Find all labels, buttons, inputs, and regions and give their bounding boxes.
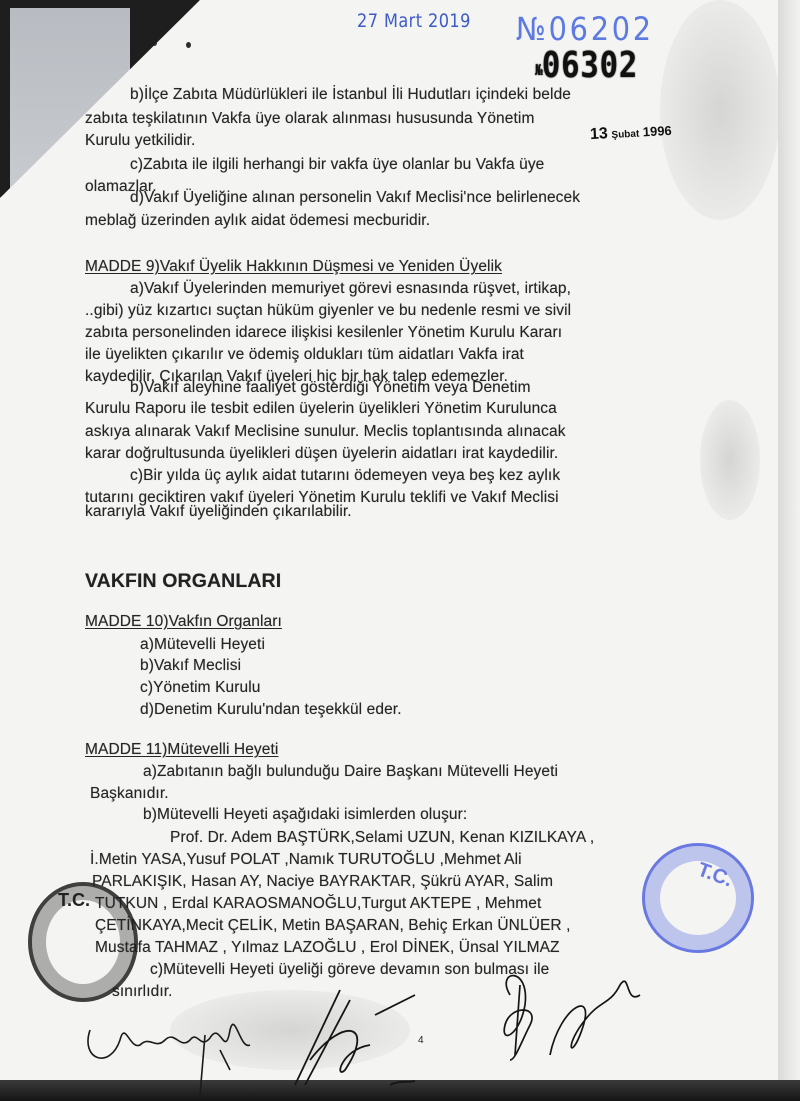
article9-heading: MADDE 9)Vakıf Üyelik Hakkının Düşmesi ve… bbox=[85, 258, 502, 276]
registry-number-stamp-black: №06302 bbox=[535, 45, 638, 86]
official-seal-black: T.C. bbox=[28, 882, 138, 1002]
article8-b-line2: zabıta teşkilatının Vakfa üye olarak alı… bbox=[85, 110, 534, 128]
article8-d-line1: d)Vakıf Üyeliğine alınan personelin Vakı… bbox=[130, 189, 580, 207]
article10-item-b: b)Vakıf Meclisi bbox=[140, 657, 241, 675]
article10-heading: MADDE 10)Vakfın Organları bbox=[85, 613, 282, 631]
received-date-stamp: 27 Mart 2019 bbox=[357, 10, 471, 32]
members-line-1: Prof. Dr. Adem BAŞTÜRK,Selami UZUN, Kena… bbox=[170, 829, 594, 847]
punch-dot bbox=[186, 42, 191, 48]
article9-c-line3: kararıyla Vakıf üyeliğinden çıkarılabili… bbox=[85, 503, 352, 521]
article9-a-line3: zabıta personelinden idarece ilişkisi ke… bbox=[85, 324, 562, 342]
article9-b-line4: karar doğrultusunda üyelikleri düşen üye… bbox=[85, 445, 558, 463]
article11-heading: MADDE 11)Mütevelli Heyeti bbox=[85, 741, 278, 759]
article11-a-line2: Başkanıdır. bbox=[90, 785, 169, 803]
article11-b-intro: b)Mütevelli Heyeti aşağıdaki isimlerden … bbox=[143, 806, 467, 824]
punch-dot bbox=[152, 40, 157, 46]
article10-item-c: c)Yönetim Kurulu bbox=[140, 679, 260, 697]
members-line-6: Mustafa TAHMAZ , Yılmaz LAZOĞLU , Erol D… bbox=[95, 939, 560, 957]
article9-b-line1: b)Vakıf aleyhine faaliyet gösterdiği Yön… bbox=[130, 379, 531, 397]
members-line-4: TUTKUN , Erdal KARAOSMANOĞLU,Turgut AKTE… bbox=[95, 895, 541, 913]
article8-b-line3: Kurulu yetkilidir. bbox=[85, 132, 195, 150]
article9-a-line1: a)Vakıf Üyelerinden memuriyet görevi esn… bbox=[130, 280, 571, 298]
registry-number-stamp-blue: №06202 bbox=[516, 10, 654, 48]
members-line-5: ÇETİNKAYA,Mecit ÇELİK, Metin BAŞARAN, Be… bbox=[95, 917, 571, 935]
page-number: 4 bbox=[418, 1035, 424, 1046]
article9-c-line1: c)Bir yılda üç aylık aidat tutarını ödem… bbox=[130, 467, 560, 485]
article10-item-a: a)Mütevelli Heyeti bbox=[140, 636, 265, 654]
article8-c-line1: c)Zabıta ile ilgili herhangi bir vakfa ü… bbox=[130, 156, 544, 174]
section-heading-organs: VAKFIN ORGANLARI bbox=[85, 570, 281, 593]
article9-b-line2: Kurulu Raporu ile tesbit edilen üyelerin… bbox=[85, 400, 557, 418]
article11-a-line1: a)Zabıtanın bağlı bulunduğu Daire Başkan… bbox=[143, 763, 558, 781]
article10-item-d: d)Denetim Kurulu'ndan teşekkül eder. bbox=[140, 701, 402, 719]
members-line-2: İ.Metin YASA,Yusuf POLAT ,Namık TURUTOĞL… bbox=[90, 851, 522, 869]
signature-1 bbox=[80, 990, 280, 1090]
official-seal-blue: T.C. bbox=[642, 843, 754, 953]
signature-2 bbox=[285, 985, 435, 1085]
members-line-3: PARLAKIŞIK, Hasan AY, Naciye BAYRAKTAR, … bbox=[92, 873, 553, 891]
article9-a-line2: ..gibi) yüz kızartıcı suçtan hüküm giyen… bbox=[85, 302, 571, 320]
article9-a-line4: ile üyelikten çıkarılır ve ödemiş oldukl… bbox=[85, 346, 524, 364]
article8-b-line1: b)İlçe Zabıta Müdürlükleri ile İstanbul … bbox=[130, 86, 571, 104]
article9-b-line3: askıya alınarak Vakıf Meclisine sunulur.… bbox=[85, 423, 566, 441]
article8-d-line2: meblağ üzerinden aylık aidat ödemesi mec… bbox=[85, 212, 430, 230]
signature-3 bbox=[490, 965, 660, 1075]
